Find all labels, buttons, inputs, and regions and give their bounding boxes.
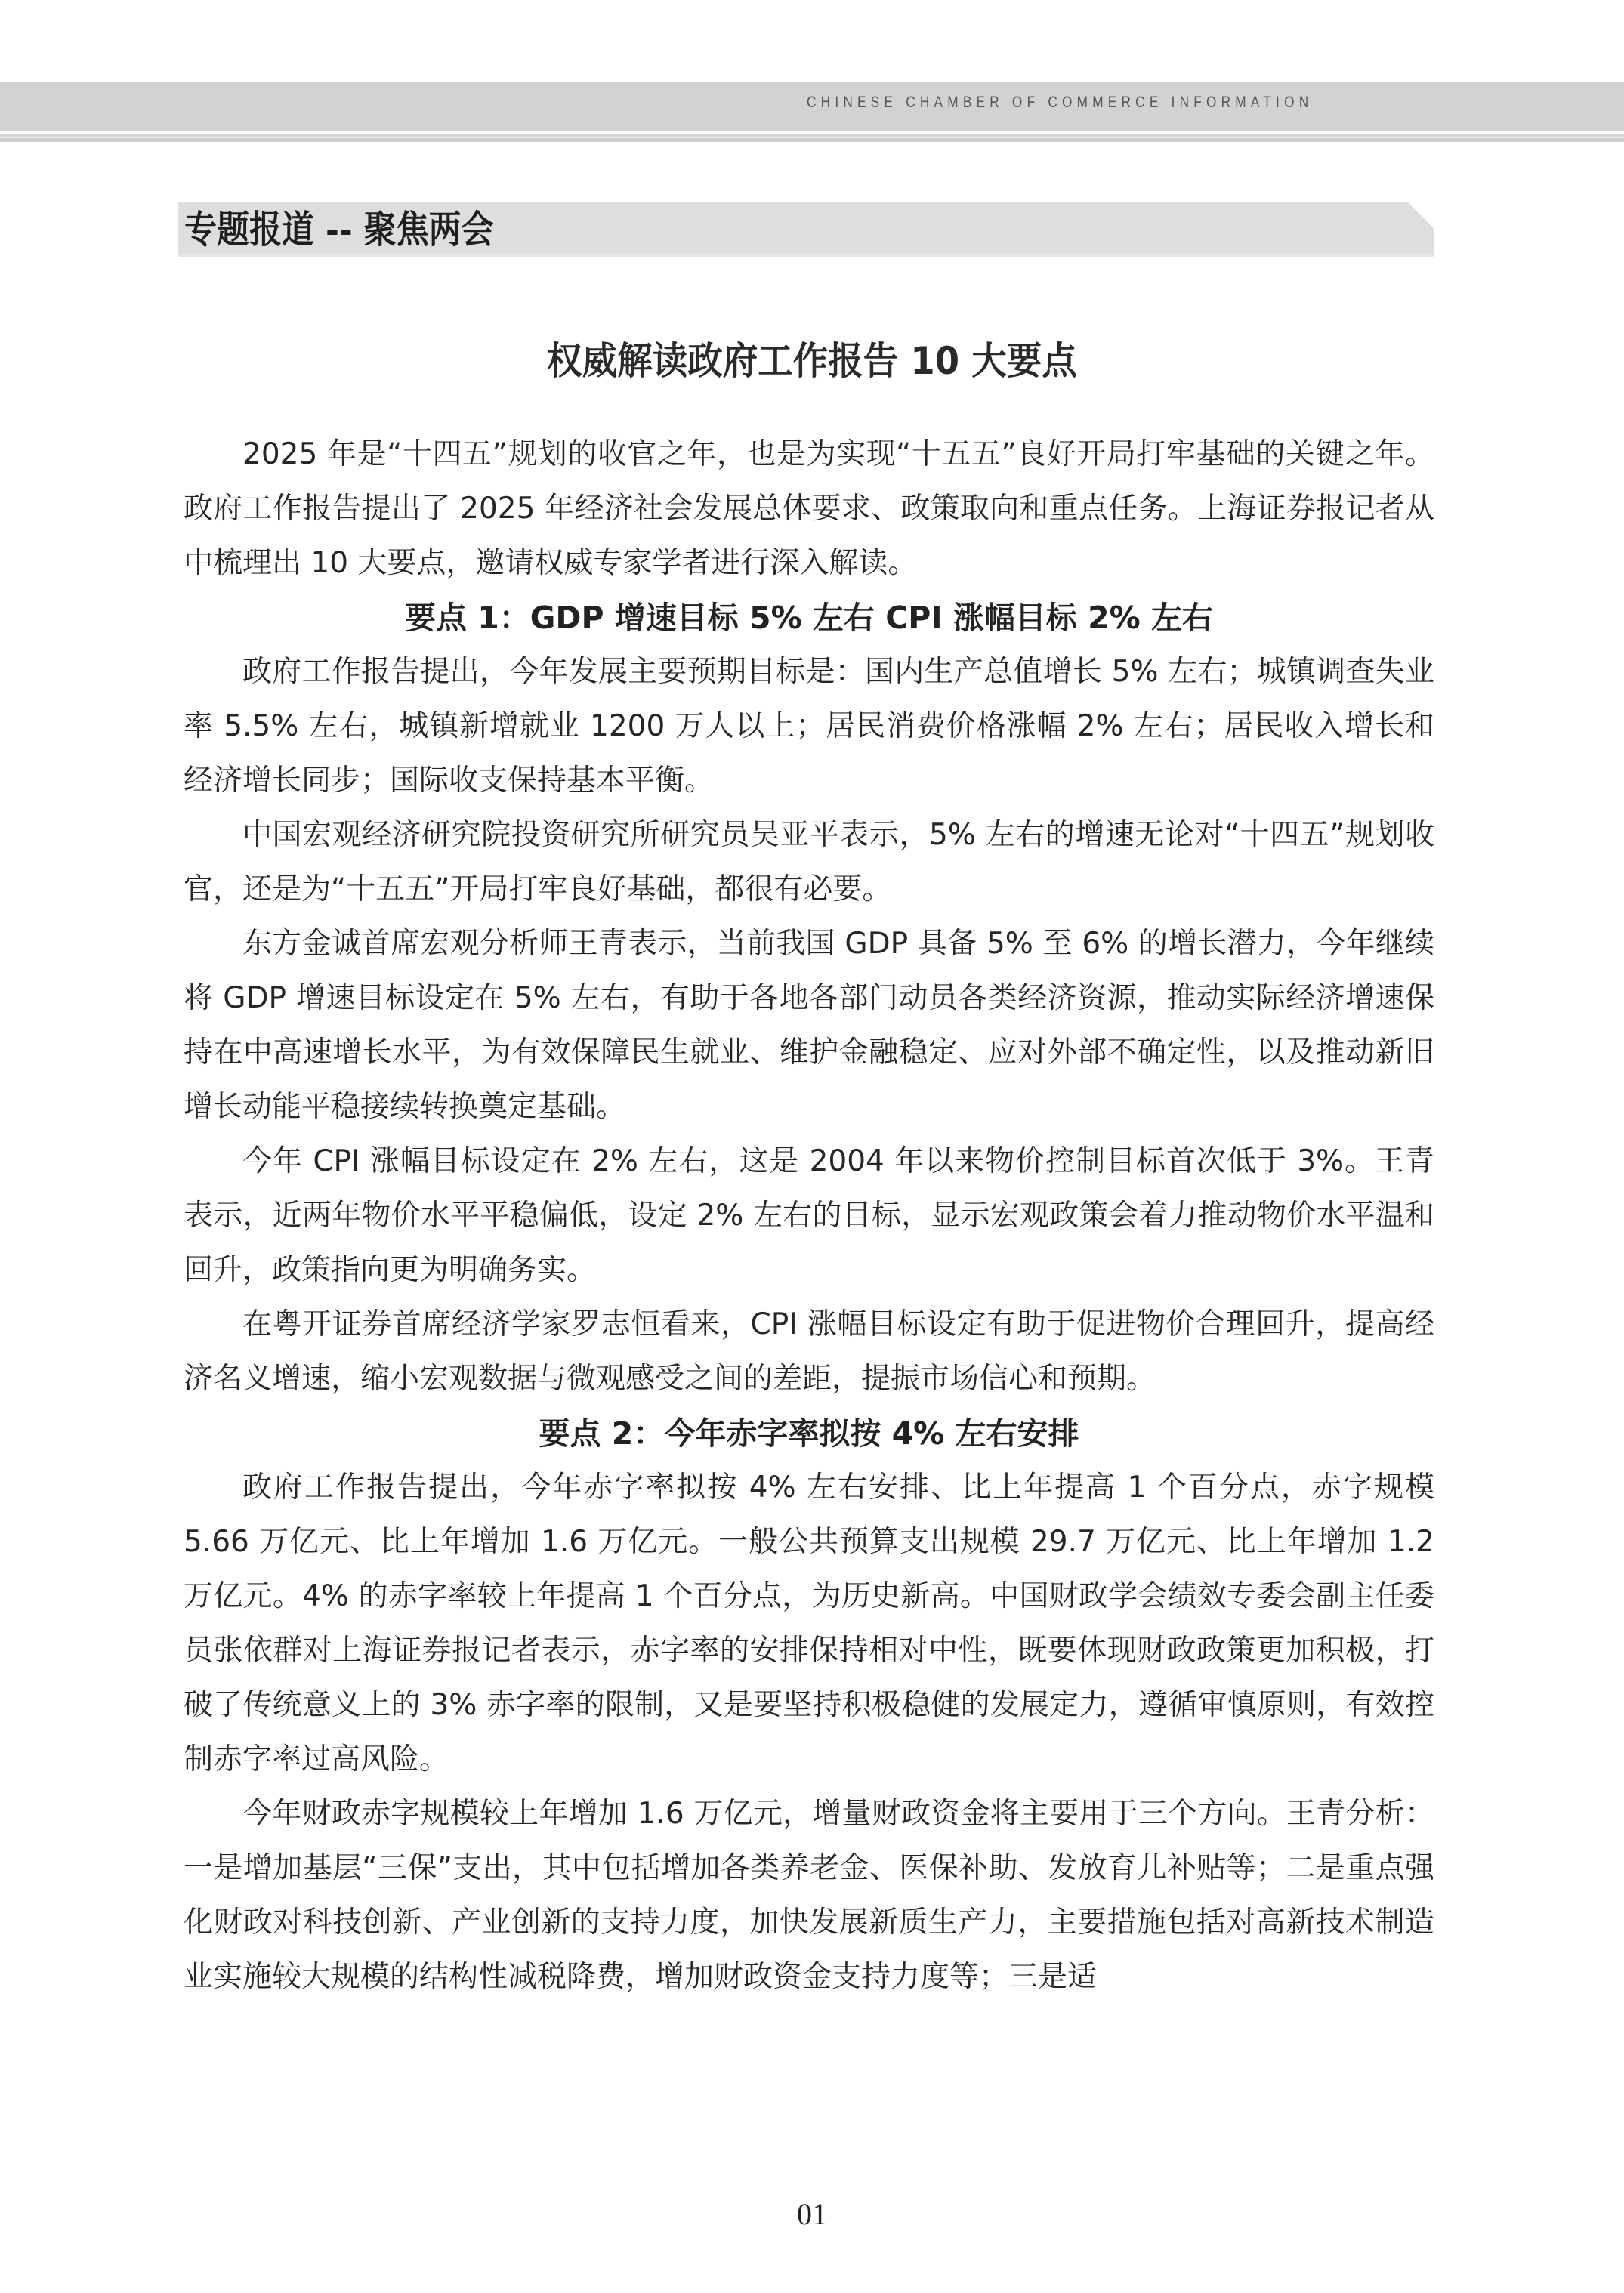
paragraph: 2025 年是“十四五”规划的收官之年，也是为实现“十五五”良好开局打牢基础的关… — [184, 427, 1434, 591]
paragraph: 在粤开证券首席经济学家罗志恒看来，CPI 涨幅目标设定有助于促进物价合理回升，提… — [184, 1298, 1434, 1406]
key-point-heading: 要点 1：GDP 增速目标 5% 左右 CPI 涨幅目标 2% 左右 — [184, 591, 1434, 645]
paragraph: 今年 CPI 涨幅目标设定在 2% 左右，这是 2004 年以来物价控制目标首次… — [184, 1134, 1434, 1298]
paragraph: 政府工作报告提出，今年发展主要预期目标是：国内生产总值增长 5% 左右；城镇调查… — [184, 645, 1434, 808]
masthead-divider — [0, 134, 1624, 142]
article-body: 2025 年是“十四五”规划的收官之年，也是为实现“十五五”良好开局打牢基础的关… — [184, 427, 1434, 2004]
section-banner: 专题报道 -- 聚焦两会 — [178, 202, 1434, 257]
page-number: 01 — [0, 2196, 1624, 2232]
paragraph: 东方金诚首席宏观分析师王青表示，当前我国 GDP 具备 5% 至 6% 的增长潜… — [184, 917, 1434, 1134]
article-title: 权威解读政府工作报告 10 大要点 — [57, 332, 1567, 390]
paragraph: 政府工作报告提出，今年赤字率拟按 4% 左右安排、比上年提高 1 个百分点，赤字… — [184, 1461, 1434, 1787]
paragraph: 今年财政赤字规模较上年增加 1.6 万亿元，增量财政资金将主要用于三个方向。王青… — [184, 1787, 1434, 2004]
paragraph: 中国宏观经济研究院投资研究所研究员吴亚平表示，5% 左右的增速无论对“十四五”规… — [184, 808, 1434, 917]
section-title: 专题报道 -- 聚焦两会 — [184, 202, 494, 257]
key-point-heading: 要点 2：今年赤字率拟按 4% 左右安排 — [184, 1406, 1434, 1461]
publication-name: CHINESE CHAMBER OF COMMERCE INFORMATION — [807, 94, 1313, 112]
